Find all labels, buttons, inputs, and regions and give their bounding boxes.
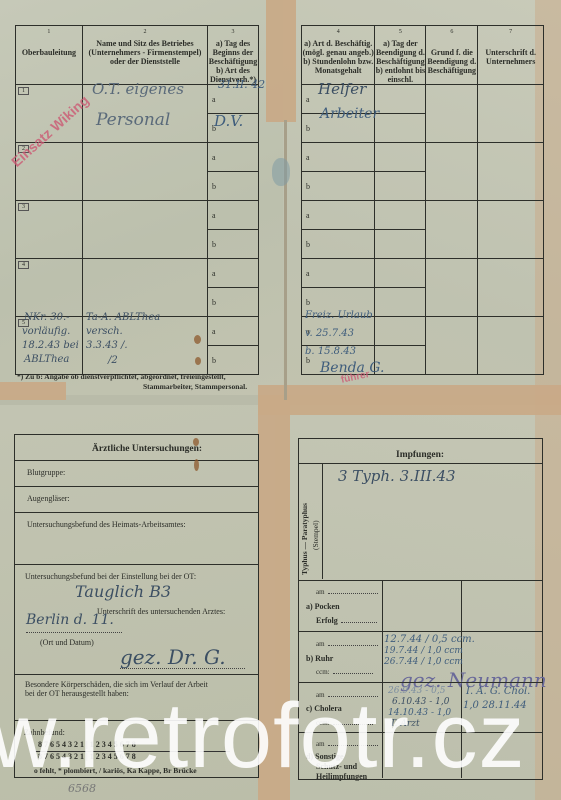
row-1-col-5b	[375, 114, 426, 143]
row-5-col-5a	[375, 317, 426, 346]
divider	[298, 463, 543, 464]
ruhr-ccm-label: ccm:	[316, 668, 373, 676]
row-4-col-2	[82, 259, 207, 317]
row-2-col-7	[478, 143, 544, 201]
row-5-col-7	[478, 317, 544, 375]
rust-stain	[195, 357, 201, 365]
ruhr-label: b) Ruhr	[306, 654, 333, 663]
row-1-col-7	[478, 85, 544, 143]
footnote-line-1: *) Zu b: Angabe ob dienstverpflichtet, a…	[17, 372, 226, 381]
header-col-2: 2Name und Sitz des Betriebes (Unternehme…	[82, 26, 207, 85]
row-3-col-3b: b	[208, 230, 259, 259]
rust-stain	[194, 459, 199, 471]
row-5-col-3a: a	[208, 317, 259, 346]
row-3-col-4b: b	[302, 230, 375, 259]
row-3-col-2	[82, 201, 207, 259]
row-2-col-3a: a	[208, 143, 259, 172]
vaccination-title: Impfungen:	[396, 450, 444, 460]
medical-title: Ärztliche Untersuchungen:	[92, 444, 202, 454]
row-4-col-3b: b	[208, 288, 259, 317]
row-5-col-3b: b	[208, 346, 259, 375]
header-col-5: 5a) Tag der Beendigung d. Beschäftigung …	[375, 26, 426, 85]
row-5-col-6	[426, 317, 478, 375]
row-3-col-5b	[375, 230, 426, 259]
typhus-stamp-label: (Stempel)	[311, 520, 320, 550]
glasses-label: Augengläser:	[27, 494, 70, 503]
handwritten-service-type: D.V.	[214, 112, 243, 130]
tape-strip	[0, 382, 66, 400]
handwritten-company-2: Personal	[96, 110, 170, 130]
row-1-col-5a	[375, 85, 426, 114]
row-1-col-6	[426, 85, 478, 143]
place-date-line	[26, 632, 122, 633]
blood-group-label: Blutgruppe:	[27, 468, 65, 477]
handwritten-start-date: 31.II. 42	[218, 78, 265, 91]
row-3-col-4a: a	[302, 201, 375, 230]
row-3-col-6	[426, 201, 478, 259]
typhus-label: Typhus — Paratyphus	[300, 503, 309, 575]
row-3-col-3a: a	[208, 201, 259, 230]
ot-exam-label: Untersuchungsbefund bei der Einstellung …	[25, 572, 196, 581]
row-3-col-7	[478, 201, 544, 259]
header-col-4: 4a) Art d. Beschäftig. (mögl. genau ange…	[302, 26, 375, 85]
row-2-col-4b: b	[302, 172, 375, 201]
row-4-col-3a: a	[208, 259, 259, 288]
row-4-col-1: 4	[16, 259, 83, 317]
footnote-line-2: Stammarbeiter, Stammpersonal.	[143, 382, 247, 391]
header-col-6: 6Grund f. die Beendigung d. Beschäftigun…	[426, 26, 478, 85]
doctor-signature-value: gez. Dr. G.	[120, 645, 226, 669]
row-2-col-4a: a	[302, 143, 375, 172]
watermark: w.retrofotr.cz	[0, 690, 526, 782]
row-2-col-2	[82, 143, 207, 201]
place-date-value: Berlin d. 11.	[26, 612, 114, 628]
tape-strip	[266, 0, 296, 122]
water-stain	[272, 158, 290, 186]
row-4-col-4a: a	[302, 259, 375, 288]
divider	[322, 463, 323, 579]
row-2-col-5b	[375, 172, 426, 201]
typhus-value: 3 Typh. 3.III.43	[338, 467, 456, 485]
header-col-3: 3a) Tag des Beginns der Beschäftigung b)…	[208, 26, 259, 85]
row-4-col-7	[478, 259, 544, 317]
handwritten-company: O.T. eigenes	[92, 80, 184, 98]
divider	[14, 460, 259, 461]
doctor-signature-label: Unterschrift des untersuchenden Arztes:	[97, 607, 225, 616]
tape-strip	[258, 385, 561, 415]
row-2-col-6	[426, 143, 478, 201]
rust-stain	[193, 438, 199, 446]
pocken-am-label: am	[316, 588, 378, 596]
row-4-col-5b	[375, 288, 426, 317]
divider	[298, 580, 543, 581]
divider	[14, 564, 259, 565]
rust-stain	[194, 335, 201, 344]
pocken-erfolg-label: Erfolg	[316, 616, 377, 625]
row-2-col-3b: b	[208, 172, 259, 201]
header-col-1: 1Oberbauleitung	[16, 26, 83, 85]
row-2-col-5a	[375, 143, 426, 172]
row-4-col-6	[426, 259, 478, 317]
place-date-label: (Ort und Datum)	[40, 638, 94, 647]
handwritten-job-type: Helfer	[318, 80, 366, 98]
row-4-col-5a	[375, 259, 426, 288]
row-3-col-1: 3	[16, 201, 83, 259]
pocken-label: a) Pocken	[306, 602, 340, 611]
ruhr-am-label: am	[316, 640, 378, 648]
row-3-col-5a	[375, 201, 426, 230]
divider	[14, 486, 259, 487]
divider	[298, 682, 543, 683]
handwritten-wage: Arbeiter	[320, 106, 379, 122]
home-office-exam-label: Untersuchungsbefund des Heimats-Arbeitsa…	[27, 520, 186, 529]
header-col-7: 7Unterschrift d. Unternehmers	[478, 26, 544, 85]
divider	[298, 631, 543, 632]
divider	[14, 674, 259, 675]
signature-line	[120, 668, 245, 669]
ot-exam-value: Tauglich B3	[75, 582, 171, 601]
employment-table-right: 4a) Art d. Beschäftig. (mögl. genau ange…	[301, 25, 544, 375]
divider	[14, 512, 259, 513]
